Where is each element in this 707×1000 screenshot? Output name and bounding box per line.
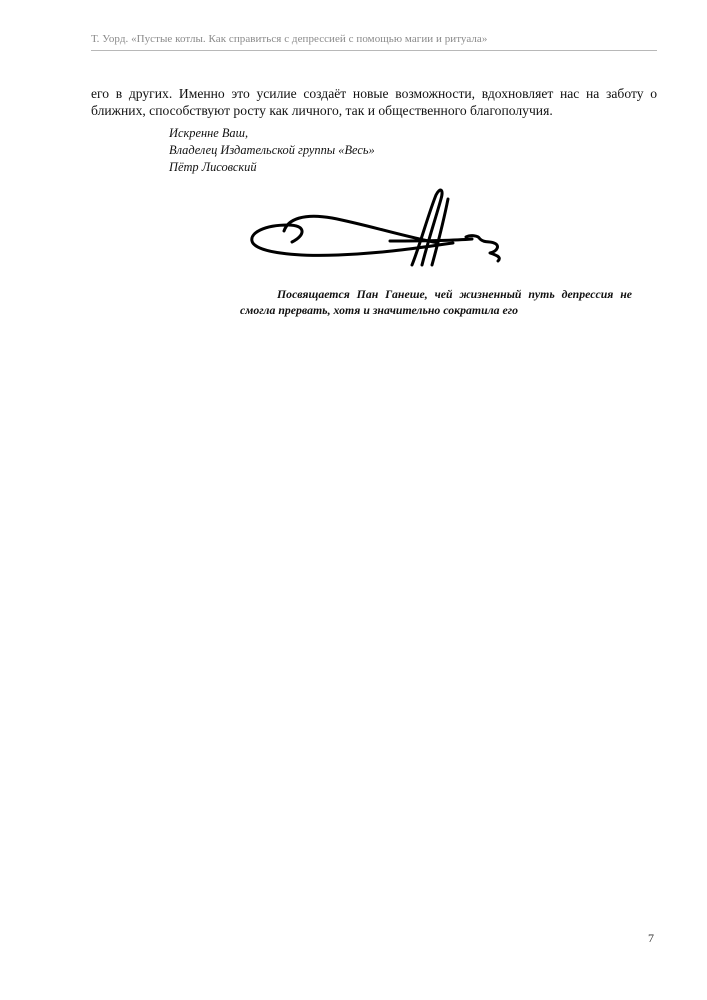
signature-closing: Искренне Ваш, xyxy=(169,125,375,142)
dedication: Посвящается Пан Ганеше, чей жизненный пу… xyxy=(240,286,632,318)
page-number: 7 xyxy=(648,931,654,946)
signature-position: Владелец Издательской группы «Весь» xyxy=(169,142,375,159)
body-paragraph: его в других. Именно это усилие создаёт … xyxy=(91,85,657,119)
signature-block: Искренне Ваш, Владелец Издательской груп… xyxy=(169,125,375,176)
handwritten-signature-icon xyxy=(248,185,508,271)
running-title: Т. Уорд. «Пустые котлы. Как справиться с… xyxy=(91,33,487,45)
signature-name: Пётр Лисовский xyxy=(169,159,375,176)
running-header: Т. Уорд. «Пустые котлы. Как справиться с… xyxy=(91,33,657,51)
dedication-text: Посвящается Пан Ганеше, чей жизненный пу… xyxy=(240,287,632,317)
